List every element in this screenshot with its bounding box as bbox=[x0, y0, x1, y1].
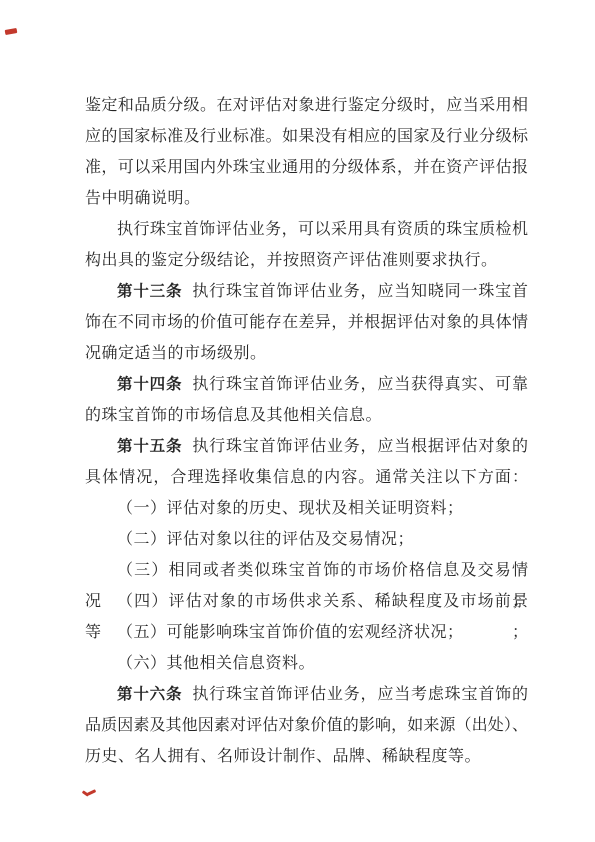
text-line: 准，可以采用国内外珠宝业通用的分级体系，并在资产评估报 bbox=[85, 152, 528, 183]
red-ink-mark-icon bbox=[5, 28, 18, 35]
line-text: 的珠宝首饰的市场信息及其他相关信息。 bbox=[85, 407, 382, 424]
list-item: （二）评估对象以往的评估及交易情况； bbox=[85, 524, 528, 555]
line-text: 具体情况，合理选择收集信息的内容。通常关注以下方面： bbox=[85, 469, 528, 486]
text-line: 的珠宝首饰的市场信息及其他相关信息。 bbox=[85, 400, 528, 431]
line-text: 执行珠宝首饰评估业务，应当获得真实、可靠 bbox=[192, 376, 528, 393]
list-item: （一）评估对象的历史、现状及相关证明资料； bbox=[85, 493, 528, 524]
list-item: （五）可能影响珠宝首饰价值的宏观经济状况； bbox=[85, 617, 528, 648]
line-text: 告中明确说明。 bbox=[85, 190, 201, 207]
text-line: 历史、名人拥有、名师设计制作、品牌、稀缺程度等。 bbox=[85, 741, 528, 772]
text-line: 第十五条执行珠宝首饰评估业务，应当根据评估对象的 bbox=[85, 431, 528, 462]
article-number: 第十三条 bbox=[117, 283, 182, 300]
line-text: 历史、名人拥有、名师设计制作、品牌、稀缺程度等。 bbox=[85, 748, 481, 765]
line-text: 鉴定和品质分级。在对评估对象进行鉴定分级时，应当采用相 bbox=[85, 97, 528, 114]
text-line: 况确定适当的市场级别。 bbox=[85, 338, 528, 369]
text-line: 品质因素及其他因素对评估对象价值的影响，如来源（出处）、 bbox=[85, 710, 528, 741]
text-line: 告中明确说明。 bbox=[85, 183, 528, 214]
line-text: （二）评估对象以往的评估及交易情况； bbox=[117, 531, 414, 548]
text-line: 执行珠宝首饰评估业务，可以采用具有资质的珠宝质检机 bbox=[85, 214, 528, 245]
line-text: 执行珠宝首饰评估业务，应当知晓同一珠宝首 bbox=[192, 283, 528, 300]
text-line: 饰在不同市场的价值可能存在差异，并根据评估对象的具体情 bbox=[85, 307, 528, 338]
line-text: 执行珠宝首饰评估业务，应当根据评估对象的 bbox=[192, 438, 528, 455]
text-line: 第十三条执行珠宝首饰评估业务，应当知晓同一珠宝首 bbox=[85, 276, 528, 307]
line-text: 应的国家标准及行业标准。如果没有相应的国家及行业分级标 bbox=[85, 128, 528, 145]
line-text: 准，可以采用国内外珠宝业通用的分级体系，并在资产评估报 bbox=[85, 159, 528, 176]
text-line: 构出具的鉴定分级结论，并按照资产评估准则要求执行。 bbox=[85, 245, 528, 276]
line-text: 构出具的鉴定分级结论，并按照资产评估准则要求执行。 bbox=[85, 252, 498, 269]
text-line: 第十六条执行珠宝首饰评估业务，应当考虑珠宝首饰的 bbox=[85, 679, 528, 710]
line-text: 饰在不同市场的价值可能存在差异，并根据评估对象的具体情 bbox=[85, 314, 528, 331]
document-body: 鉴定和品质分级。在对评估对象进行鉴定分级时，应当采用相 应的国家标准及行业标准。… bbox=[85, 90, 528, 772]
text-line: 鉴定和品质分级。在对评估对象进行鉴定分级时，应当采用相 bbox=[85, 90, 528, 121]
text-line: 应的国家标准及行业标准。如果没有相应的国家及行业分级标 bbox=[85, 121, 528, 152]
line-text: （五）可能影响珠宝首饰价值的宏观经济状况； bbox=[117, 624, 464, 641]
list-item: （三）相同或者类似珠宝首饰的市场价格信息及交易情况； bbox=[85, 555, 528, 586]
line-text: 执行珠宝首饰评估业务，可以采用具有资质的珠宝质检机 bbox=[117, 221, 528, 238]
article-number: 第十五条 bbox=[117, 438, 182, 455]
article-number: 第十六条 bbox=[117, 686, 182, 703]
line-text: 况确定适当的市场级别。 bbox=[85, 345, 267, 362]
list-item: （六）其他相关信息资料。 bbox=[85, 648, 528, 679]
list-item: （四）评估对象的市场供求关系、稀缺程度及市场前景等； bbox=[85, 586, 528, 617]
line-text: （六）其他相关信息资料。 bbox=[117, 655, 315, 672]
red-ink-mark-icon bbox=[82, 790, 96, 800]
line-text: 执行珠宝首饰评估业务，应当考虑珠宝首饰的 bbox=[192, 686, 528, 703]
line-text: （一）评估对象的历史、现状及相关证明资料； bbox=[117, 500, 464, 517]
line-text: 品质因素及其他因素对评估对象价值的影响，如来源（出处）、 bbox=[85, 717, 528, 734]
text-line: 第十四条执行珠宝首饰评估业务，应当获得真实、可靠 bbox=[85, 369, 528, 400]
article-number: 第十四条 bbox=[117, 376, 182, 393]
text-line: 具体情况，合理选择收集信息的内容。通常关注以下方面： bbox=[85, 462, 528, 493]
document-page: 鉴定和品质分级。在对评估对象进行鉴定分级时，应当采用相 应的国家标准及行业标准。… bbox=[0, 0, 595, 842]
